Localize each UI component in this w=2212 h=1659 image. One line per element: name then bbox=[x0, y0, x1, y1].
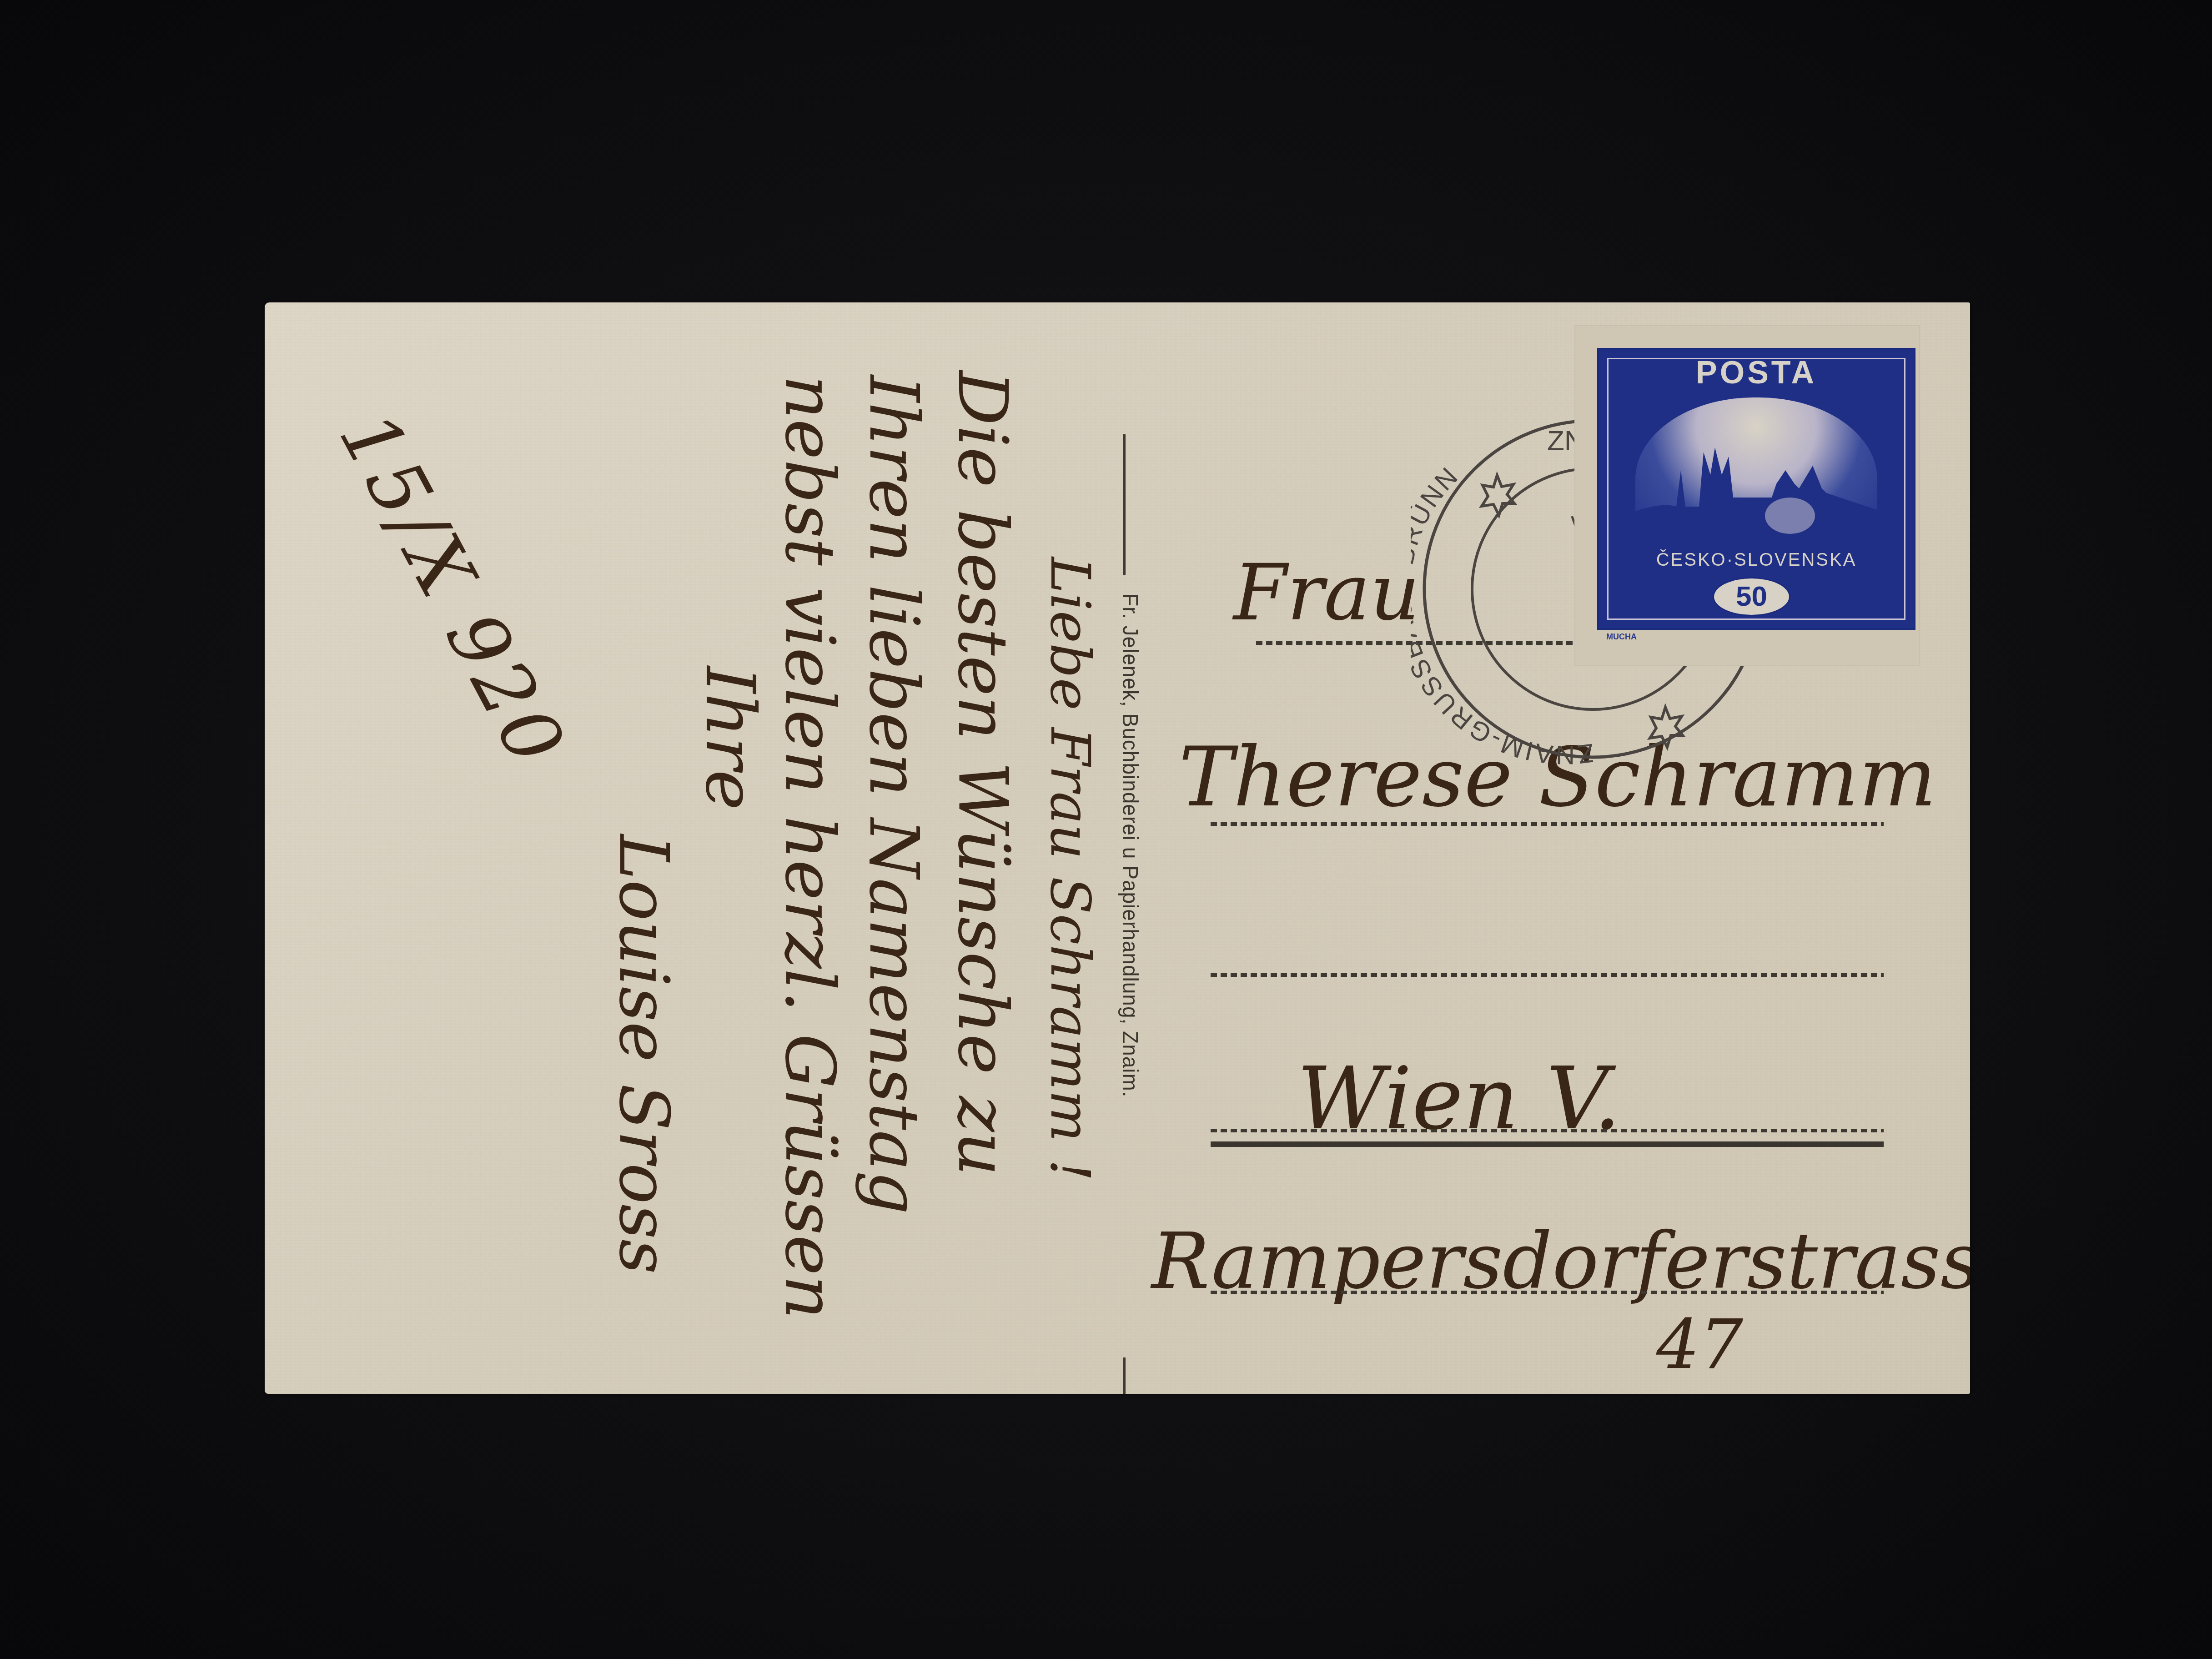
address-line-3 bbox=[1211, 973, 1884, 977]
stamp-denomination: 50 bbox=[1714, 578, 1789, 615]
center-divider-top bbox=[1123, 434, 1126, 575]
stamp-title: POSTA bbox=[1599, 354, 1914, 391]
address-line-4 bbox=[1211, 1129, 1884, 1132]
address-number: 47 bbox=[1656, 1305, 1743, 1384]
stamp-country: ČESKO·SLOVENSKA bbox=[1599, 550, 1914, 570]
center-divider-bottom bbox=[1123, 1357, 1126, 1394]
publisher-imprint: Fr. Jelenek, Buchbinderei u Papierhandlu… bbox=[1117, 593, 1143, 1303]
castle-icon bbox=[1635, 443, 1877, 543]
address-salutation: Frau bbox=[1233, 548, 1420, 638]
message-line: Louise Sross bbox=[604, 835, 683, 1274]
message-line: Ihren lieben Namenstag bbox=[854, 375, 933, 1214]
postage-stamp: POSTA ČESKO·SLOVENSKA 50 bbox=[1597, 348, 1915, 630]
address-city: Wien V. bbox=[1297, 1048, 1621, 1149]
message-line: nebst vielen herzl. Grüssen bbox=[770, 375, 849, 1319]
address-city-underline bbox=[1211, 1141, 1884, 1147]
address-line-2 bbox=[1211, 822, 1884, 826]
address-line-5 bbox=[1211, 1291, 1884, 1294]
message-line: Die besten Wünsche zu bbox=[943, 371, 1022, 1176]
star-icon bbox=[1482, 475, 1514, 515]
message-line: Liebe Frau Schramm ! bbox=[1038, 557, 1101, 1181]
stamp-value-oval: 50 bbox=[1713, 577, 1790, 616]
postcard: 15/X 920 Liebe Frau Schramm ! Die besten… bbox=[265, 302, 1970, 1394]
stamp-designer-imprint: MUCHA bbox=[1606, 632, 1637, 642]
message-line: Ihre bbox=[690, 666, 769, 810]
